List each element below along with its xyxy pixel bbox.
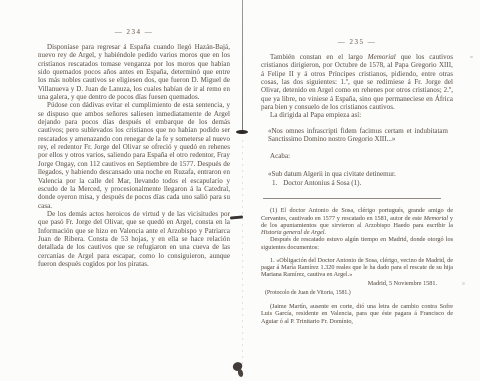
footnote: (1) El doctor Antonio de Sosa, clérigo p… — [261, 207, 453, 325]
paragraph: Púdose con dádivas evitar el cumplimient… — [38, 101, 230, 209]
page-number-right: — 235 — — [261, 38, 453, 46]
center-fold-line — [242, 0, 243, 132]
fold-end-mark — [236, 130, 248, 134]
scanned-book-spread: — 234 — Disponíase para regresar á Españ… — [0, 0, 480, 381]
paragraph: También constan en el largo Memorial que… — [261, 53, 453, 111]
right-page: — 235 — También constan en el largo Memo… — [261, 38, 453, 325]
paragraph-text: También constan en el largo — [270, 53, 368, 61]
italic-word: Memorial — [368, 53, 396, 61]
footnote-paragraph: (1) El doctor Antonio de Sosa, clérigo p… — [261, 207, 453, 236]
dateline: Madrid, 5 Noviembre 1581. — [261, 280, 453, 287]
intro-line: La dirigida al Papa empieza así: — [261, 111, 453, 119]
paragraph: De los demás actos heroicos de virtud y … — [38, 210, 230, 268]
latin-quote-incipit: «Nos omnes infrascripti fidem facimus ce… — [268, 127, 448, 144]
center-fold-trail — [242, 140, 243, 368]
signature-line: 1.Doctor Antonius á Sosa (1). — [272, 179, 453, 187]
footnote-paragraph: Después de rescatado estuvo algún tiempo… — [261, 236, 453, 251]
signature-name: Doctor Antonius á Sosa (1). — [283, 179, 361, 187]
paragraph: Disponíase para regresar á España cuando… — [38, 43, 230, 101]
list-marker: 1. — [272, 179, 277, 187]
footnote-list-item: 1. «Obligación del Doctor Antonio de Sos… — [261, 257, 453, 279]
paragraph-text: que los cautivos cristianos dirigieron, … — [261, 53, 453, 111]
footnote-separator — [263, 198, 441, 199]
protocol-reference: (Protocolo de Juan de Vitoria, 1581.) — [261, 290, 453, 297]
footnote-text: . — [324, 229, 326, 236]
ink-smudge — [237, 368, 244, 377]
italic-title: Historia general de Argel — [261, 229, 324, 236]
footnote-paragraph: (Jaime Martín, ausente en corte, dió una… — [261, 303, 453, 325]
acaba-label: Acaba: — [261, 152, 453, 160]
scan-speck — [470, 56, 473, 58]
scan-speck — [462, 282, 465, 285]
italic-title: Memorial — [424, 215, 448, 222]
latin-quote-excipit: «Sub datum Algerii in qua civitate detin… — [268, 170, 453, 178]
page-number-left: — 234 — — [38, 28, 230, 36]
left-page: — 234 — Disponíase para regresar á Españ… — [38, 28, 230, 268]
